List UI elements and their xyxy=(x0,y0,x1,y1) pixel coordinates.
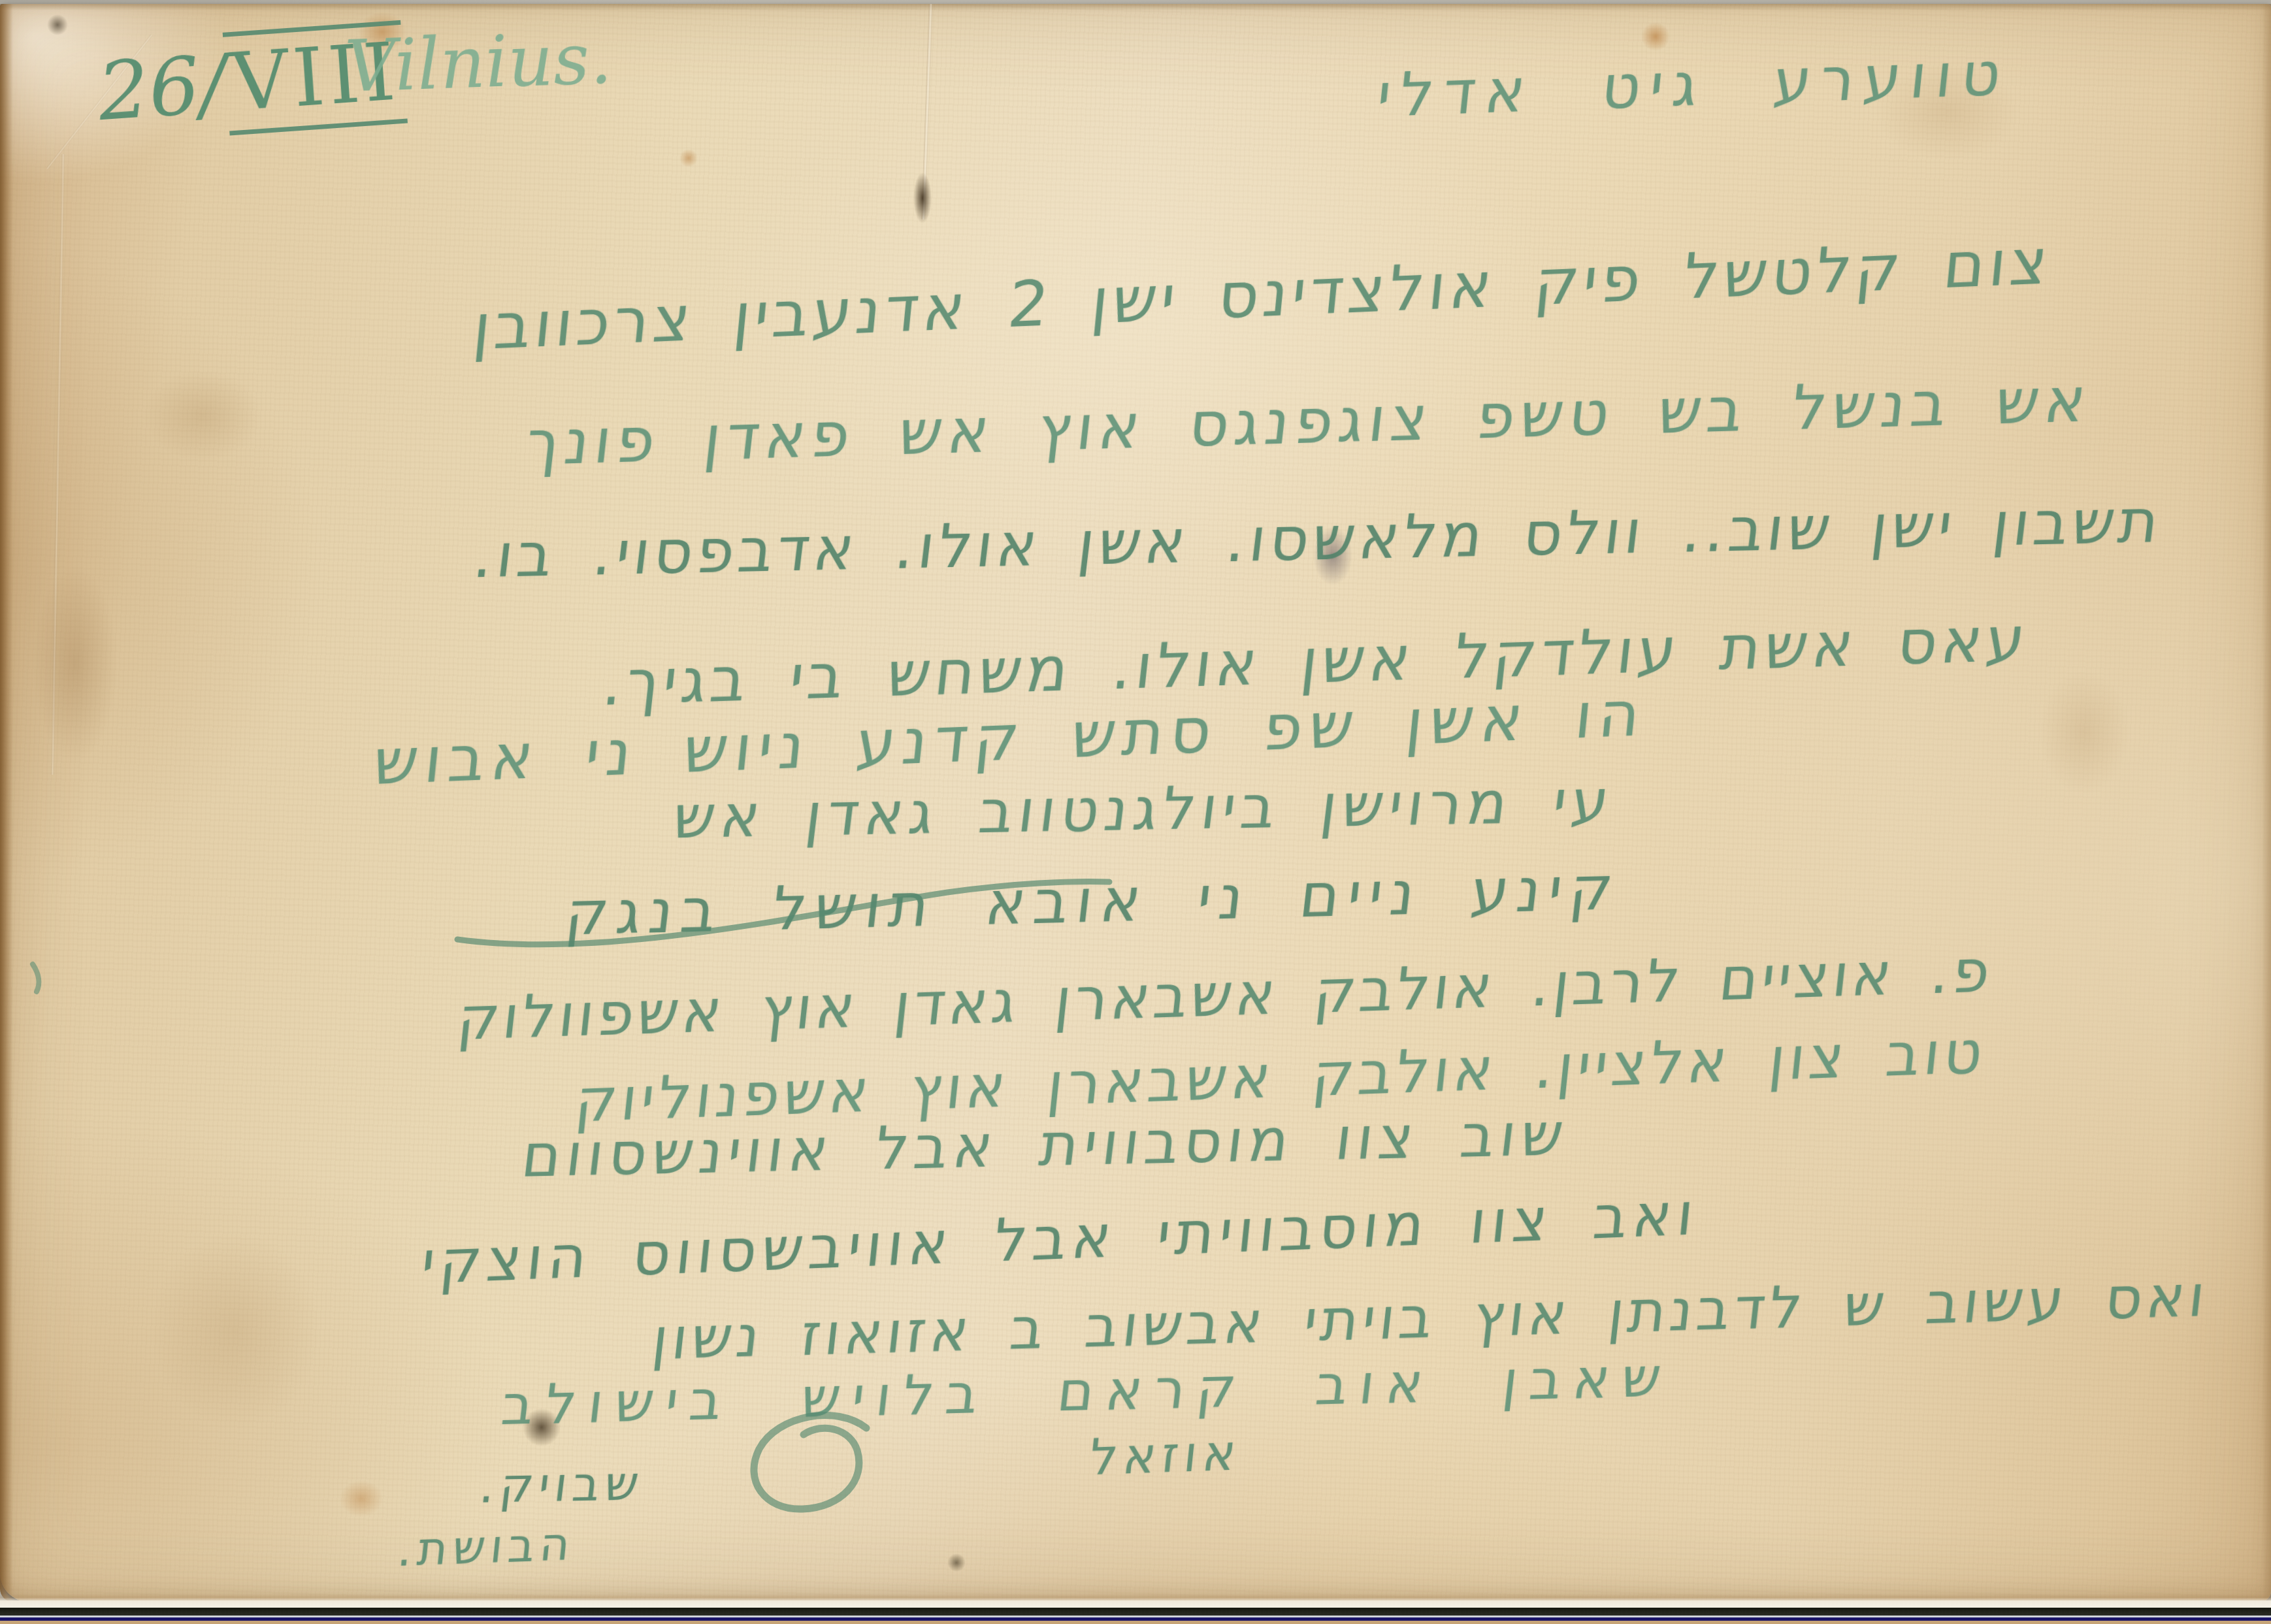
stain xyxy=(1641,22,1670,51)
greeting-text: טווערע גיט אדלי xyxy=(1374,39,2014,131)
crease-line xyxy=(51,154,65,775)
scanner-gap-white xyxy=(0,1600,2271,1608)
handwriting-line: תשבון ישן שוב.. וולס מלאשסו. אשן אולו. א… xyxy=(470,486,2167,591)
place: Vilnius. xyxy=(344,18,613,108)
greeting-line: טווערע גיט אדלי xyxy=(1374,39,2014,131)
handwriting-line: אש בנשל בש טשפ צוגפנגס אוץ אש פאדן פונך xyxy=(522,365,2095,479)
scanner-strip-tan xyxy=(0,1621,2271,1624)
stain xyxy=(679,149,698,167)
date-day: 26/ xyxy=(95,37,230,138)
stain xyxy=(150,1232,320,1428)
tear-mark xyxy=(913,172,932,223)
card-edge-left xyxy=(0,4,13,1602)
handwriting-line: צום קלטשל פיק אולצדינס ישן 2 אדנעבין צרכ… xyxy=(470,225,2055,365)
handwriting-line: ואב צוו מוסבוויתי אבל אוויבשסווס הוצקי xyxy=(418,1180,1702,1298)
stain xyxy=(947,1553,966,1572)
place-label: Vilnius. xyxy=(344,18,613,108)
stain xyxy=(144,370,261,461)
handwriting-line: הבושת. xyxy=(395,1517,578,1577)
handwriting-line: קינע ניים ני אובא תושל בנגק xyxy=(562,853,1624,949)
scanned-postcard-image: 26/VIII Vilnius. טווערע גיט אדלי צום קלט… xyxy=(0,0,2271,1624)
handwriting-line: שבויק. xyxy=(477,1455,647,1514)
card-edge-right xyxy=(2262,4,2271,1602)
postcard: 26/VIII Vilnius. טווערע גיט אדלי צום קלט… xyxy=(0,4,2271,1602)
flourish-dot xyxy=(26,958,52,997)
card-edge-top xyxy=(0,4,2271,10)
stain xyxy=(33,566,118,762)
stain xyxy=(2038,670,2130,794)
handwriting-line: אוזאל xyxy=(1087,1423,1245,1486)
stain xyxy=(47,14,68,35)
stain xyxy=(340,1480,383,1517)
scanner-strip-black xyxy=(0,1608,2271,1616)
